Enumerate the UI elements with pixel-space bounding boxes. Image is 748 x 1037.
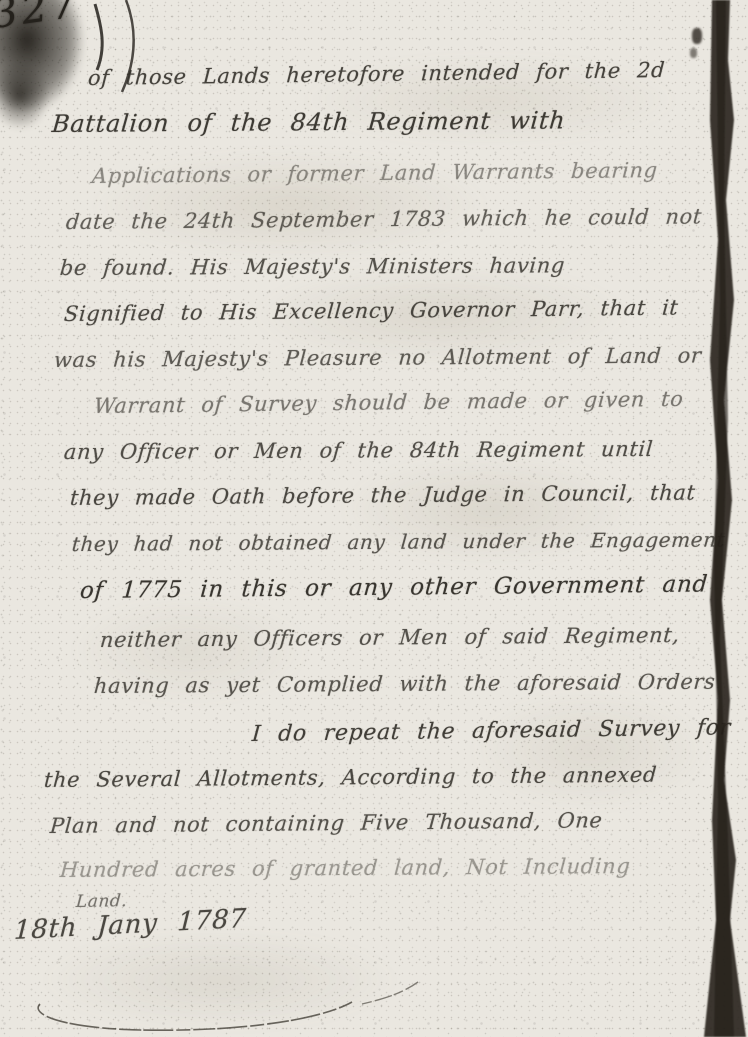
ink-fleck xyxy=(690,48,697,58)
handwritten-line: Plan and not containing Five Thousand, O… xyxy=(49,808,603,838)
handwritten-line: date the 24th September 1783 which he co… xyxy=(65,204,703,234)
handwritten-line: any Officer or Men of the 84th Regiment … xyxy=(63,437,654,464)
handwritten-line: Hundred acres of granted land, Not Inclu… xyxy=(59,854,631,882)
handwritten-line: they had not obtained any land under the… xyxy=(71,527,726,556)
corner-blotch xyxy=(0,60,50,130)
ink-fleck xyxy=(692,28,702,44)
handwritten-line: the Several Allotments, According to the… xyxy=(43,763,658,792)
handwritten-line: Applications or former Land Warrants bea… xyxy=(91,158,658,188)
handwritten-line: Signified to His Excellency Governor Par… xyxy=(63,296,679,326)
handwritten-line: of those Lands heretofore intended for t… xyxy=(87,58,666,90)
bottom-flourish xyxy=(0,970,460,1037)
shading-smudge xyxy=(40,930,400,1030)
handwritten-line: they made Oath before the Judge in Counc… xyxy=(69,481,696,510)
handwritten-line: Warrant of Survey should be made or give… xyxy=(93,387,684,418)
handwritten-line: having as yet Complied with the aforesai… xyxy=(93,670,716,698)
handwritten-line: I do repeat the aforesaid Survey for xyxy=(251,715,732,747)
handwritten-line date-line: 18th Jany 1787 xyxy=(13,904,247,946)
handwritten-line: be found. His Majesty's Ministers having xyxy=(59,253,566,280)
page-number: 327 xyxy=(0,0,83,38)
binding-strip xyxy=(690,0,748,1037)
handwritten-line: Land. xyxy=(75,891,128,912)
handwritten-line: was his Majesty's Pleasure no Allotment … xyxy=(53,343,702,372)
handwritten-line: of 1775 in this or any other Government … xyxy=(79,571,709,604)
handwritten-line: neither any Officers or Men of said Regi… xyxy=(99,623,681,652)
scanned-manuscript-page: 327 of those Lands heretofore intended f… xyxy=(0,0,748,1037)
shading-smudge xyxy=(470,690,710,810)
handwritten-line: Battalion of the 84th Regiment with xyxy=(51,106,567,138)
